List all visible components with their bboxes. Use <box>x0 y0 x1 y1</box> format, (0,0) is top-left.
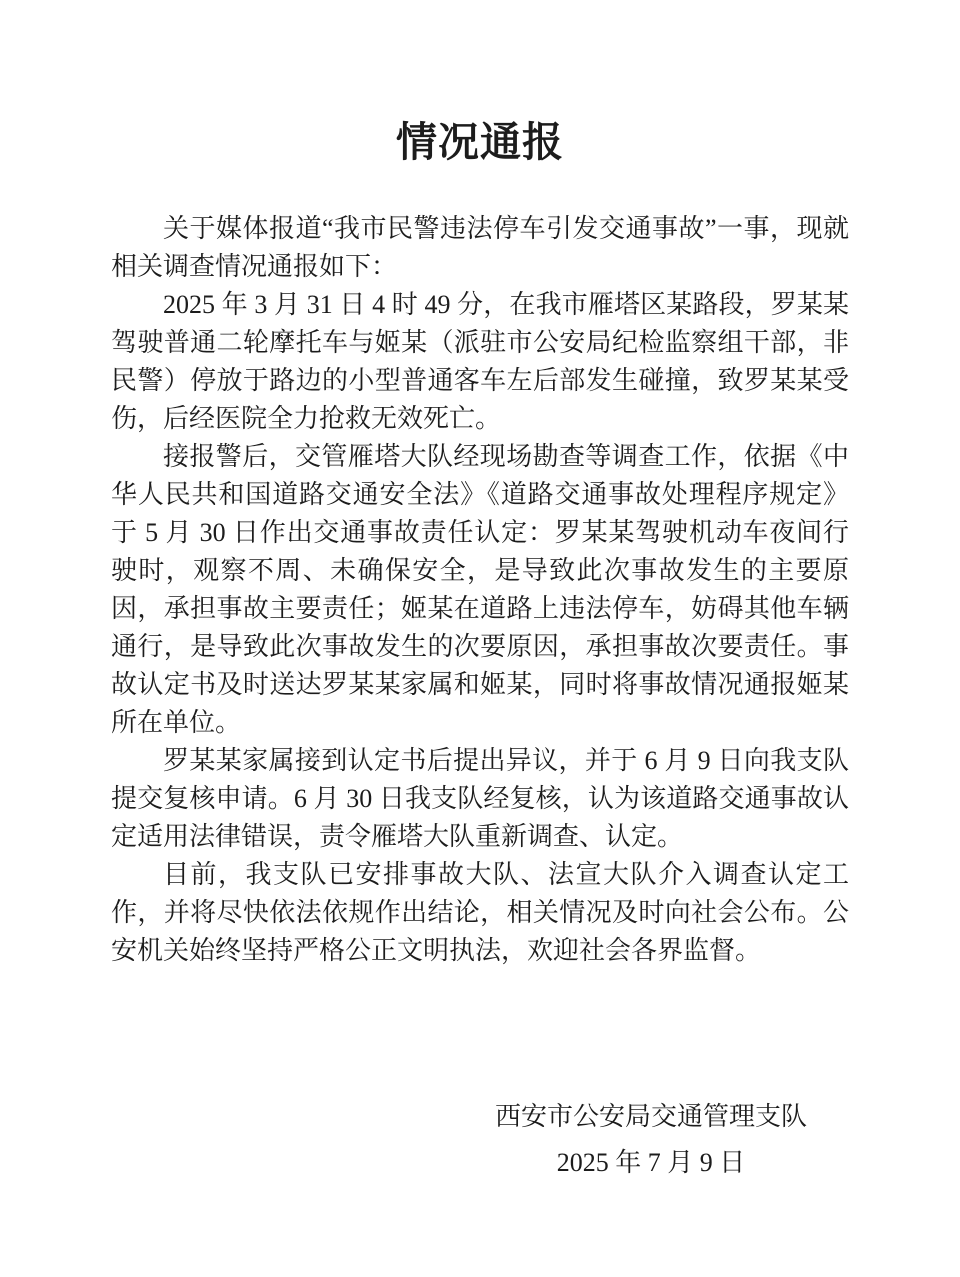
notice-page: 情况通报 关于媒体报道“我市民警违法停车引发交通事故”一事，现就相关调查情况通报… <box>0 0 960 1277</box>
page-title: 情况通报 <box>0 116 960 168</box>
paragraph-investigation-determination: 接报警后，交管雁塔大队经现场勘查等调查工作，依据《中华人民共和国道路交通安全法》… <box>111 438 849 742</box>
signature-date: 2025 年 7 月 9 日 <box>495 1140 807 1186</box>
signature-organization: 西安市公安局交通管理支队 <box>495 1094 807 1140</box>
signature-block: 西安市公安局交通管理支队 2025 年 7 月 9 日 <box>495 1094 807 1186</box>
paragraph-intro: 关于媒体报道“我市民警违法停车引发交通事故”一事，现就相关调查情况通报如下： <box>111 210 849 286</box>
paragraph-family-appeal: 罗某某家属接到认定书后提出异议，并于 6 月 9 日向我支队提交复核申请。6 月… <box>111 742 849 856</box>
paragraph-accident-facts: 2025 年 3 月 31 日 4 时 49 分，在我市雁塔区某路段，罗某某驾驶… <box>111 286 849 438</box>
document-body: 关于媒体报道“我市民警违法停车引发交通事故”一事，现就相关调查情况通报如下： 2… <box>111 210 849 1186</box>
paragraph-current-status: 目前，我支队已安排事故大队、法宣大队介入调查认定工作，并将尽快依法依规作出结论，… <box>111 856 849 970</box>
